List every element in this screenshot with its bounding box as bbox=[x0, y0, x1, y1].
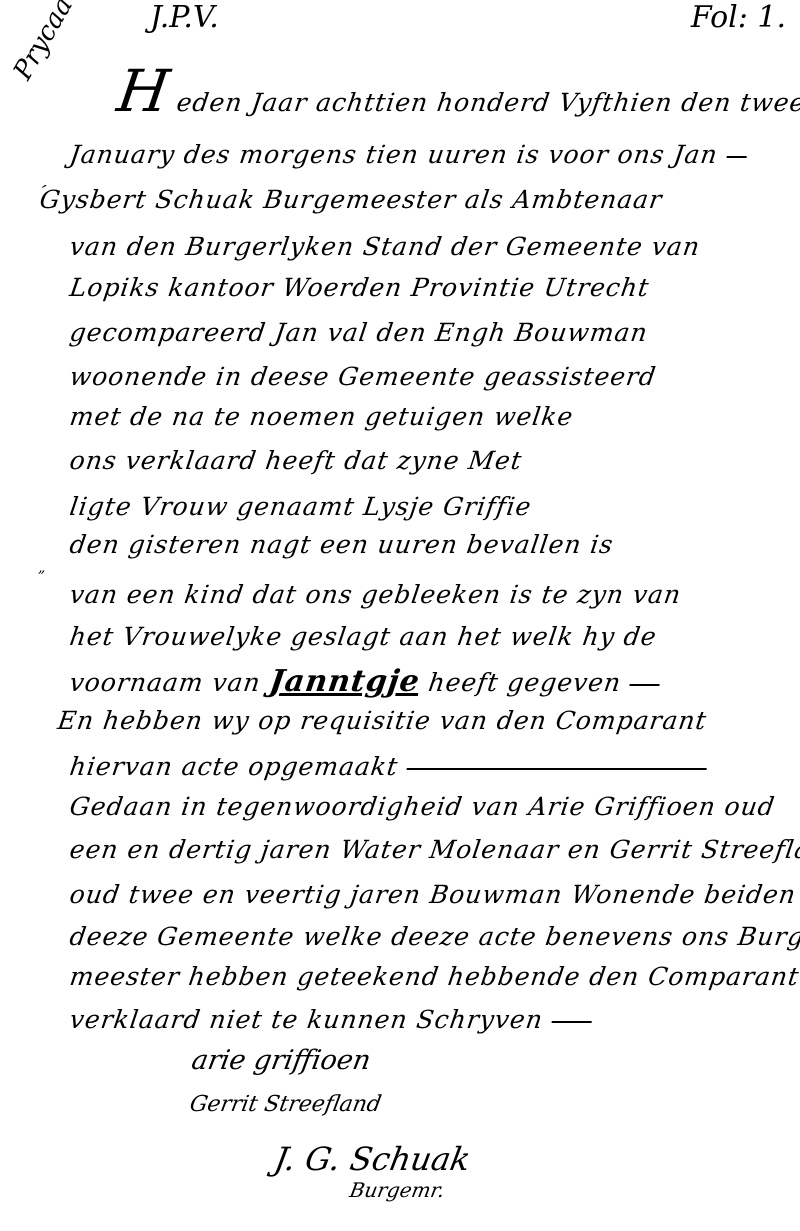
body-line-6: gecompareerd Jan val den Engh Bouwman bbox=[68, 318, 650, 347]
line-text: gecompareerd Jan val den Engh Bouwman bbox=[68, 318, 650, 347]
line-text: den gisteren nagt een uuren bevallen is bbox=[68, 530, 616, 559]
line-text: deeze Gemeente welke deeze acte benevens… bbox=[68, 922, 800, 951]
line-text: met de na te noemen getuigen welke bbox=[68, 402, 575, 431]
line-text: van een kind dat ons gebleeken is te zyn… bbox=[68, 580, 683, 609]
body-line-4: van den Burgerlyken Stand der Gemeente v… bbox=[68, 232, 702, 261]
line-filler-rule bbox=[630, 684, 660, 686]
folio-number: Fol: 1. bbox=[691, 0, 786, 35]
body-line-14: voornaam van Janntgje heeft gegeven bbox=[68, 664, 663, 699]
line-text: Gedaan in tegenwoordigheid van Arie Grif… bbox=[68, 792, 777, 821]
line-text: ons verklaard heeft dat zyne Met bbox=[68, 446, 524, 475]
line-text: heeft gegeven bbox=[427, 668, 624, 697]
body-line-17: Gedaan in tegenwoordigheid van Arie Grif… bbox=[68, 792, 777, 821]
body-line-19: oud twee en veertig jaren Bouwman Wonend… bbox=[68, 880, 800, 909]
line-text: voornaam van bbox=[68, 668, 263, 697]
body-line-11: den gisteren nagt een uuren bevallen is bbox=[68, 530, 616, 559]
line-text: oud twee en veertig jaren Bouwman Wonend… bbox=[68, 880, 800, 909]
document-code: J.P.V. bbox=[150, 0, 219, 35]
signature-mayor: J. G. Schuak bbox=[272, 1140, 474, 1178]
line-text: En hebben wy op requisitie van den Compa… bbox=[56, 706, 709, 735]
body-line-15: En hebben wy op requisitie van den Compa… bbox=[56, 706, 709, 735]
line-text: een en dertig jaren Water Molenaar en Ge… bbox=[68, 835, 800, 864]
line-text: ligte Vrouw genaamt Lysje Griffie bbox=[68, 492, 534, 521]
child-name: Janntgje bbox=[267, 664, 422, 699]
signature-witness-1: arie griffioen bbox=[189, 1045, 373, 1076]
line-text: Lopiks kantoor Woerden Provintie Utrecht bbox=[68, 273, 651, 302]
body-line-18: een en dertig jaren Water Molenaar en Ge… bbox=[68, 835, 800, 864]
body-line-2: January des morgens tien uuren is voor o… bbox=[68, 140, 749, 169]
body-line-22: verklaard niet te kunnen Schryven bbox=[68, 1005, 594, 1034]
line-text: van den Burgerlyken Stand der Gemeente v… bbox=[68, 232, 702, 261]
body-line-7: woonende in deese Gemeente geassisteerd bbox=[68, 362, 658, 391]
line-text: Gysbert Schuak Burgemeester als Ambtenaa… bbox=[38, 185, 664, 214]
line-filler-rule bbox=[726, 156, 746, 158]
line-text: hiervan acte opgemaakt bbox=[68, 752, 400, 781]
body-line-5: Lopiks kantoor Woerden Provintie Utrecht bbox=[68, 273, 651, 302]
margin-note: Prycaa bbox=[8, 0, 79, 85]
margin-quote-mark: „ bbox=[38, 560, 45, 576]
signature-witness-2: Gerrit Streefland bbox=[188, 1092, 383, 1117]
line-filler-rule bbox=[407, 768, 707, 770]
body-line-8: met de na te noemen getuigen welke bbox=[68, 402, 575, 431]
line-text: January des morgens tien uuren is voor o… bbox=[68, 140, 720, 169]
body-line-1: H eden Jaar achttien honderd Vyfthien de… bbox=[114, 62, 800, 120]
body-line-21: meester hebben geteekend hebbende den Co… bbox=[68, 962, 800, 991]
line-filler-rule bbox=[552, 1021, 592, 1023]
line-text: woonende in deese Gemeente geassisteerd bbox=[68, 362, 658, 391]
body-line-16: hiervan acte opgemaakt bbox=[68, 752, 709, 781]
line-text: het Vrouwelyke geslagt aan het welk hy d… bbox=[68, 622, 659, 651]
line-text: eden Jaar achttien honderd Vyfthien den … bbox=[175, 88, 800, 117]
line-text: meester hebben geteekend hebbende den Co… bbox=[68, 962, 800, 991]
body-line-13: het Vrouwelyke geslagt aan het welk hy d… bbox=[68, 622, 659, 651]
body-line-9: ons verklaard heeft dat zyne Met bbox=[68, 446, 524, 475]
dropcap-letter: H bbox=[113, 57, 174, 125]
line-text: verklaard niet te kunnen Schryven bbox=[68, 1005, 545, 1034]
body-line-12: van een kind dat ons gebleeken is te zyn… bbox=[68, 580, 683, 609]
body-line-10: ligte Vrouw genaamt Lysje Griffie bbox=[68, 492, 534, 521]
mayor-title: Burgemr. bbox=[348, 1178, 447, 1202]
body-line-3: Gysbert Schuak Burgemeester als Ambtenaa… bbox=[38, 185, 664, 214]
body-line-20: deeze Gemeente welke deeze acte benevens… bbox=[68, 922, 800, 951]
